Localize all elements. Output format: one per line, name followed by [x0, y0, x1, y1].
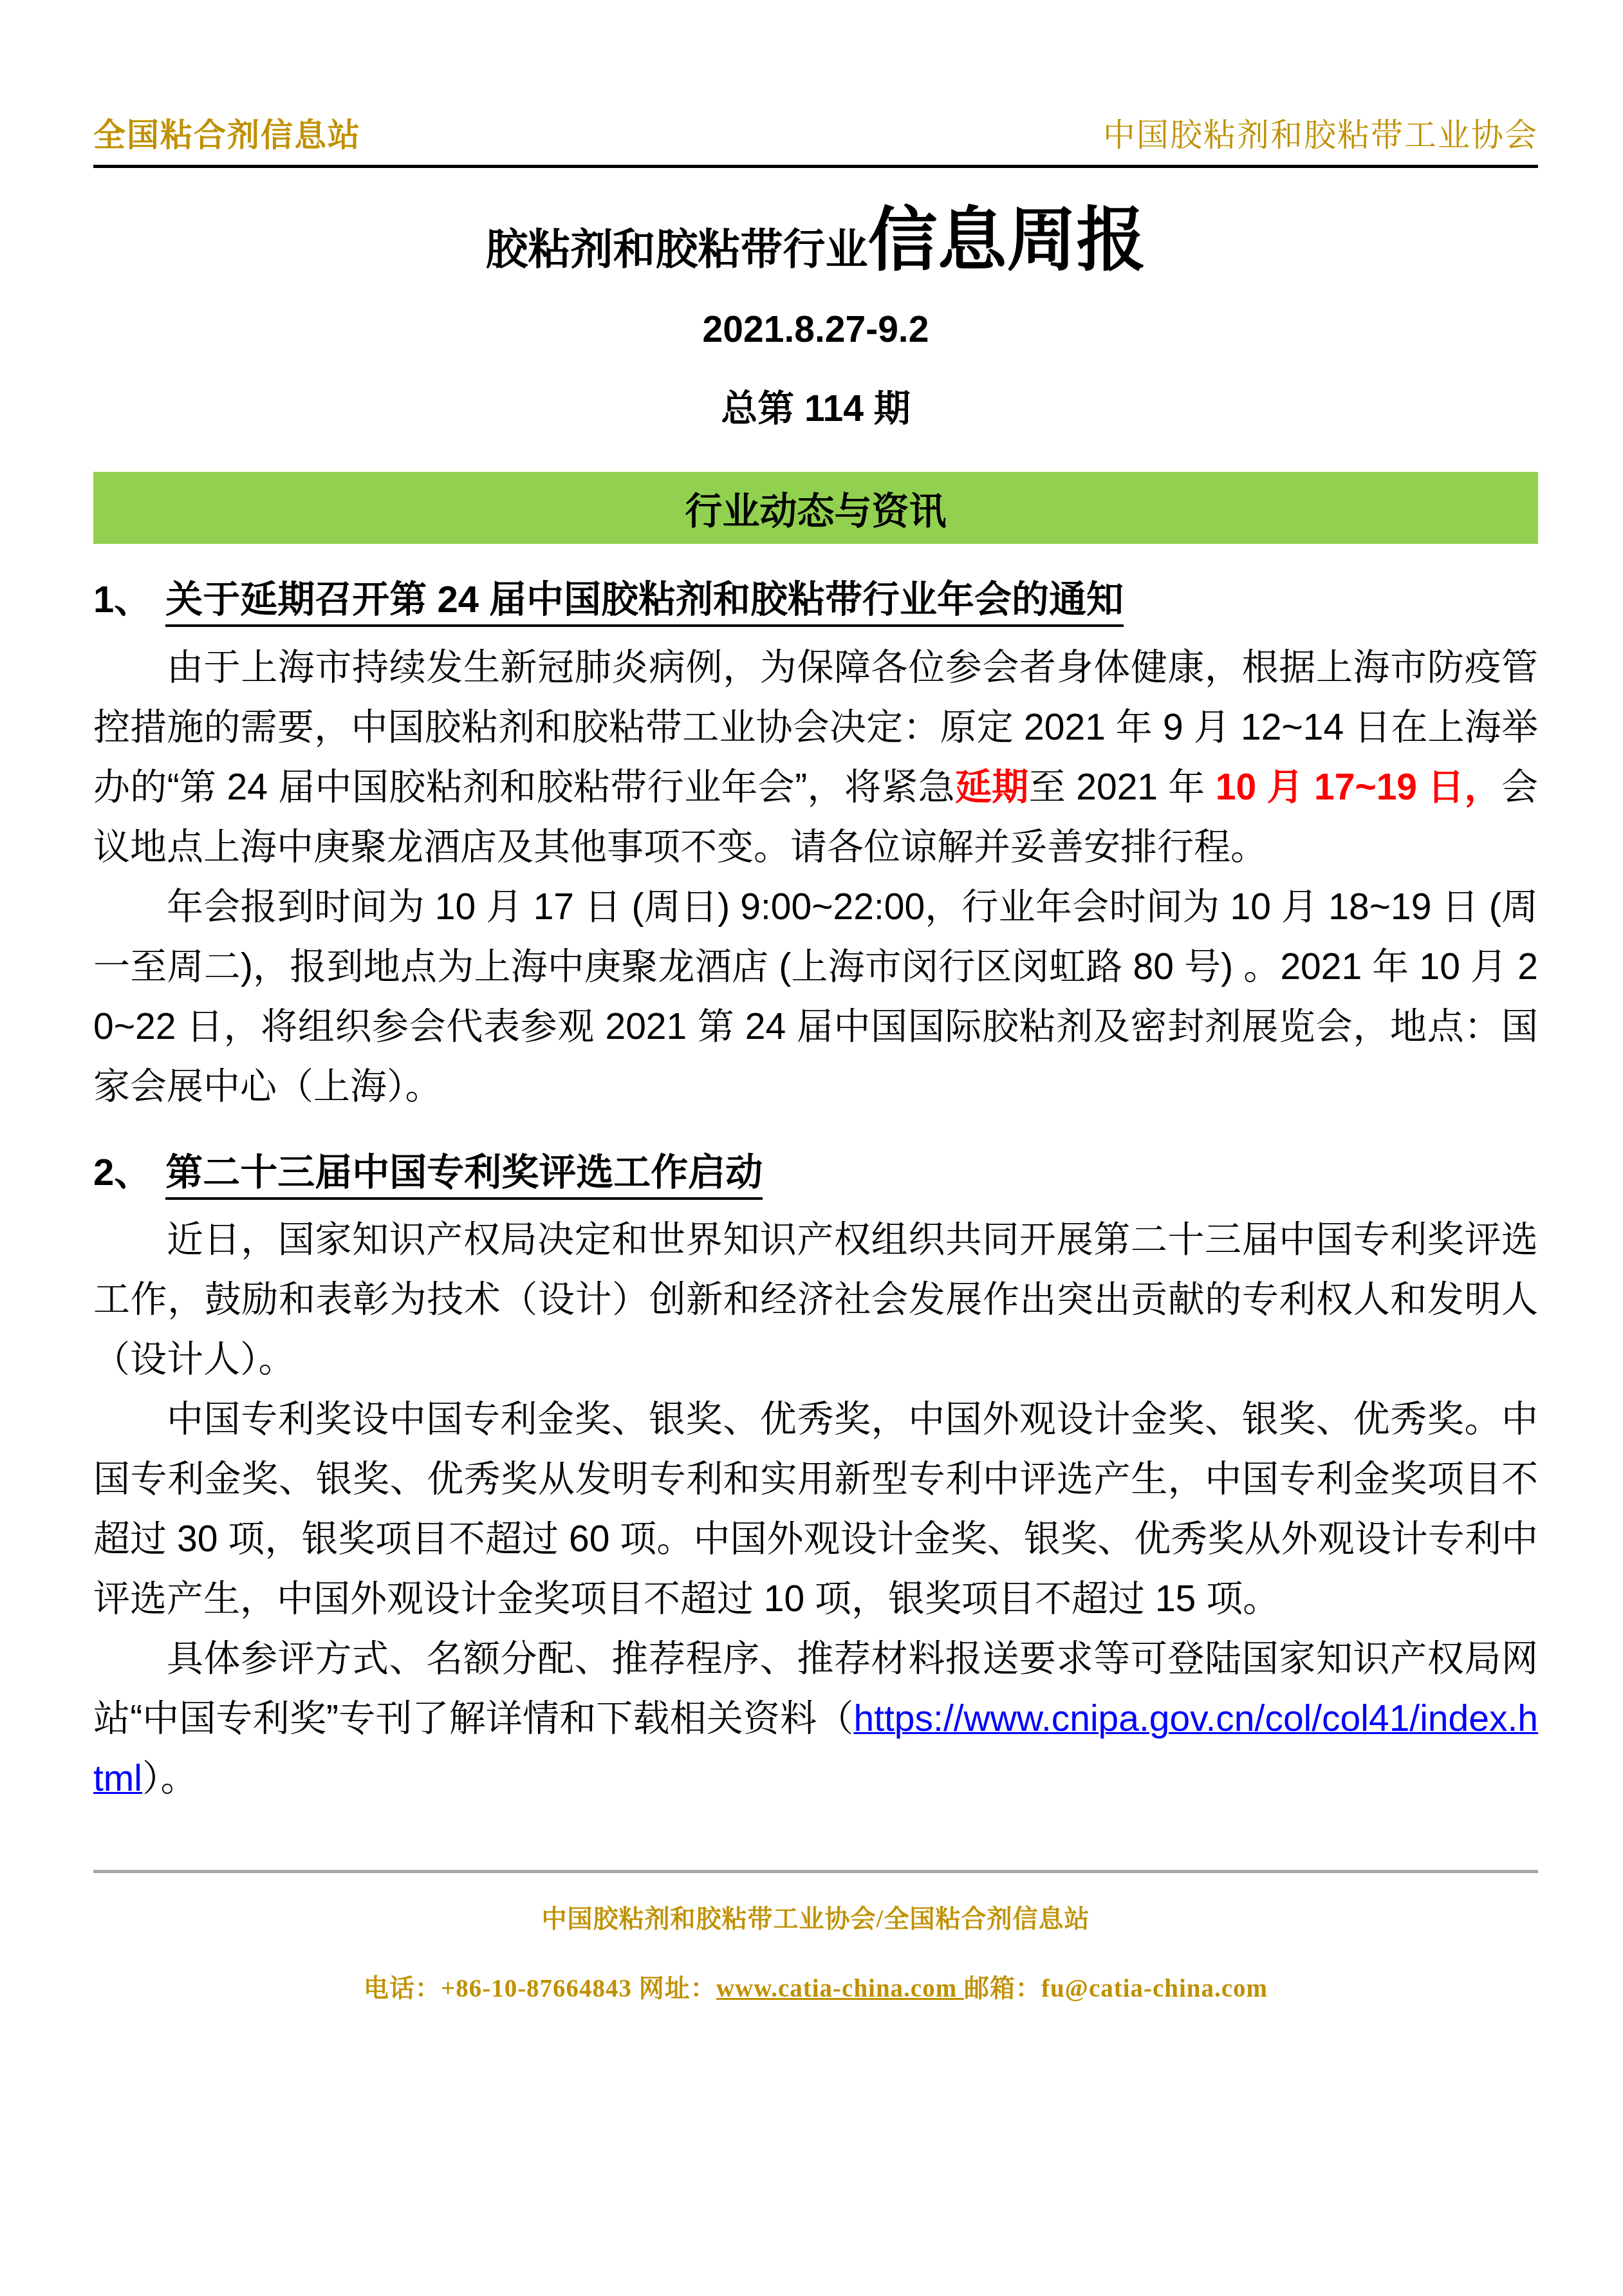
body-text: 电话：+86-10-87664843 网址：: [364, 1975, 716, 2002]
article-1-paragraph-2: 年会报到时间为 10 月 17 日 (周日) 9:00~22:00，行业年会时间…: [93, 877, 1538, 1117]
article-2-heading: 2、第二十三届中国专利奖评选工作启动: [93, 1150, 1538, 1195]
article-2-paragraph-1: 近日，国家知识产权局决定和世界知识产权组织共同开展第二十三届中国专利奖评选工作，…: [93, 1210, 1538, 1390]
issue-number: 总第 114 期: [93, 379, 1538, 432]
section-banner: 行业动态与资讯: [93, 472, 1538, 544]
article-2-paragraph-3: 具体参评方式、名额分配、推荐程序、推荐材料报送要求等可登陆国家知识产权局网站“中…: [93, 1629, 1538, 1809]
article-1-title: 关于延期召开第 24 届中国胶粘剂和胶粘带行业年会的通知: [165, 579, 1124, 627]
highlighted-red-text: 10 月 17~19 日，: [1216, 767, 1501, 808]
newsletter-title: 胶粘剂和胶粘带行业信息周报: [93, 205, 1538, 275]
body-text: 年会报到时间为 10 月 17 日 (周日) 9:00~22:00，行业年会时间…: [93, 886, 1538, 1107]
title-main: 信息周报: [867, 201, 1145, 279]
article-1-heading: 1、关于延期召开第 24 届中国胶粘剂和胶粘带行业年会的通知: [93, 577, 1538, 622]
body-text: 中国专利奖设中国专利金奖、银奖、优秀奖，中国外观设计金奖、银奖、优秀奖。中国专利…: [93, 1399, 1538, 1619]
article-2-title: 第二十三届中国专利奖评选工作启动: [165, 1152, 763, 1200]
newsletter-page: 全国粘合剂信息站 中国胶粘剂和胶粘带工业协会 胶粘剂和胶粘带行业信息周报 202…: [0, 0, 1623, 2296]
article-1: 1、关于延期召开第 24 届中国胶粘剂和胶粘带行业年会的通知 由于上海市持续发生…: [93, 577, 1538, 1117]
article-2-paragraph-2: 中国专利奖设中国专利金奖、银奖、优秀奖，中国外观设计金奖、银奖、优秀奖。中国专利…: [93, 1390, 1538, 1629]
article-1-paragraph-1: 由于上海市持续发生新冠肺炎病例，为保障各位参会者身体健康，根据上海市防疫管控措施…: [93, 638, 1538, 877]
footer-org-line: 中国胶粘剂和胶粘带工业协会/全国粘合剂信息站: [93, 1899, 1538, 1935]
footer-contact-line: 电话：+86-10-87664843 网址：www.catia-china.co…: [93, 1968, 1538, 2004]
page-header: 全国粘合剂信息站 中国胶粘剂和胶粘带工业协会: [93, 109, 1538, 168]
article-1-number: 1、: [93, 579, 151, 621]
body-text: www.catia-china.com: [716, 1975, 964, 2002]
page-footer: 中国胶粘剂和胶粘带工业协会/全国粘合剂信息站 电话：+86-10-8766484…: [93, 1870, 1538, 2004]
body-text: 近日，国家知识产权局决定和世界知识产权组织共同开展第二十三届中国专利奖评选工作，…: [93, 1219, 1538, 1380]
section-banner-label: 行业动态与资讯: [685, 481, 946, 535]
header-org-left: 全国粘合剂信息站: [93, 109, 361, 156]
title-prefix: 胶粘剂和胶粘带行业: [485, 225, 867, 273]
article-2: 2、第二十三届中国专利奖评选工作启动 近日，国家知识产权局决定和世界知识产权组织…: [93, 1150, 1538, 1809]
article-2-number: 2、: [93, 1152, 151, 1193]
highlighted-red-text: 延期: [955, 767, 1029, 808]
header-org-right: 中国胶粘剂和胶粘带工业协会: [1103, 109, 1538, 156]
body-text: ）。: [142, 1758, 198, 1799]
issue-date-range: 2021.8.27-9.2: [93, 308, 1538, 351]
body-text: 至 2021 年: [1029, 767, 1216, 808]
body-text: 邮箱：fu@catia-china.com: [964, 1975, 1268, 2002]
